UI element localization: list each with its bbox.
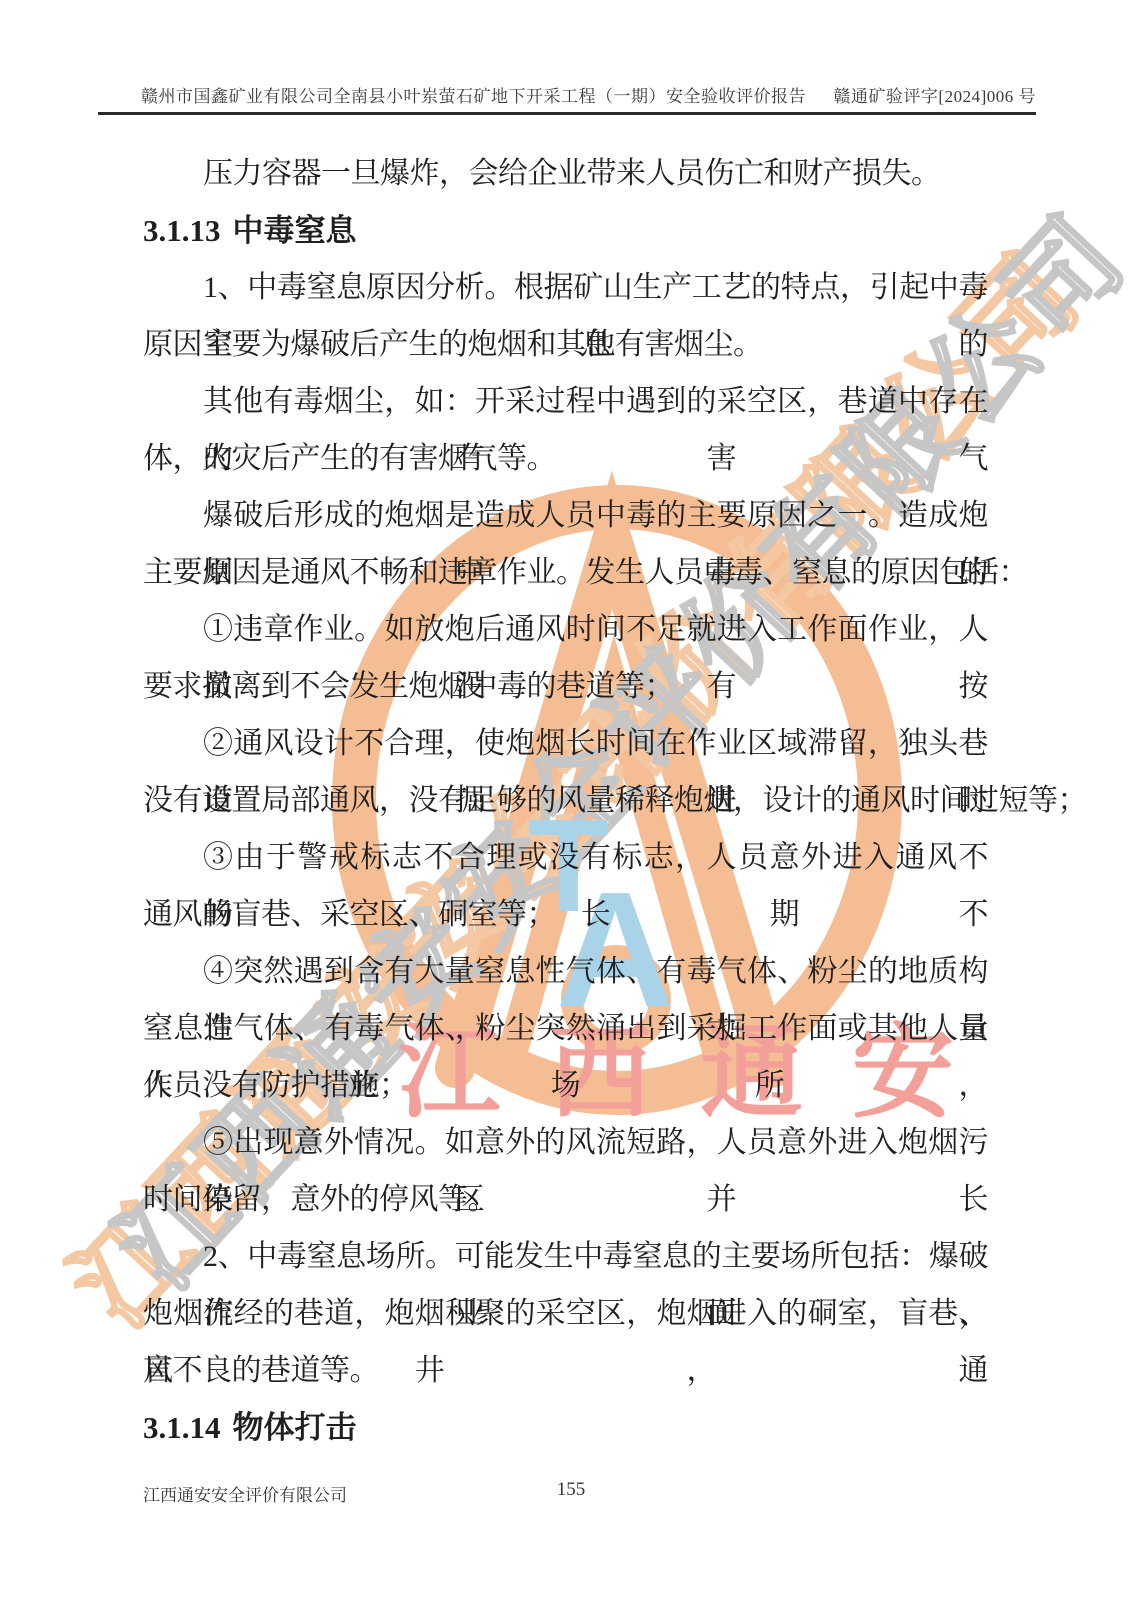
text-line: 1、中毒窒息原因分析。根据矿山生产工艺的特点，引起中毒窒息的 [143, 259, 988, 316]
section-heading: 3.1.13中毒窒息 [143, 202, 988, 259]
text-line: 主要原因是通风不畅和违章作业。发生人员中毒、窒息的原因包括： [143, 544, 988, 601]
section-number: 3.1.13 [143, 213, 221, 248]
text-line: 压力容器一旦爆炸，会给企业带来人员伤亡和财产损失。 [143, 145, 988, 202]
text-line: ⑤出现意外情况。如意外的风流短路，人员意外进入炮烟污染区并长 [143, 1114, 988, 1171]
body-flow: 压力容器一旦爆炸，会给企业带来人员伤亡和财产损失。3.1.13中毒窒息1、中毒窒… [143, 145, 988, 1456]
text-line: ①违章作业。如放炮后通风时间不足就进入工作面作业，人员没有按 [143, 601, 988, 658]
document-page: 江西通安安全评价有限公司 江西通安安全评价有限公司 T A 江西通安 赣州市国鑫… [0, 0, 1131, 1600]
text-line: 其他有毒烟尘，如：开采过程中遇到的采空区，巷道中存在的有害气 [143, 373, 988, 430]
text-line: 没有设置局部通风，没有足够的风量稀释炮烟，设计的通风时间过短等； [143, 772, 988, 829]
section-title: 物体打击 [233, 1410, 357, 1445]
text-line: 窒息性气体、有毒气体、粉尘突然涌出到采掘工作面或其他人员作业场所， [143, 1000, 988, 1057]
section-number: 3.1.14 [143, 1410, 221, 1445]
text-line: ③由于警戒标志不合理或没有标志，人员意外进入通风不畅、长期不 [143, 829, 988, 886]
text-line: ②通风设计不合理，使炮烟长时间在作业区域滞留，独头巷道掘进时 [143, 715, 988, 772]
text-line: 炮烟流经的巷道，炮烟积聚的采空区，炮烟进入的硐室，盲巷、盲井，通 [143, 1285, 988, 1342]
text-line: 2、中毒窒息场所。可能发生中毒窒息的主要场所包括：爆破作业面， [143, 1228, 988, 1285]
text-line: ④突然遇到含有大量窒息性气体、有毒气体、粉尘的地质构造，大量 [143, 943, 988, 1000]
section-heading: 3.1.14物体打击 [143, 1399, 988, 1456]
text-line: 爆破后形成的炮烟是造成人员中毒的主要原因之一。造成炮烟中毒的 [143, 487, 988, 544]
section-title: 中毒窒息 [233, 213, 357, 248]
